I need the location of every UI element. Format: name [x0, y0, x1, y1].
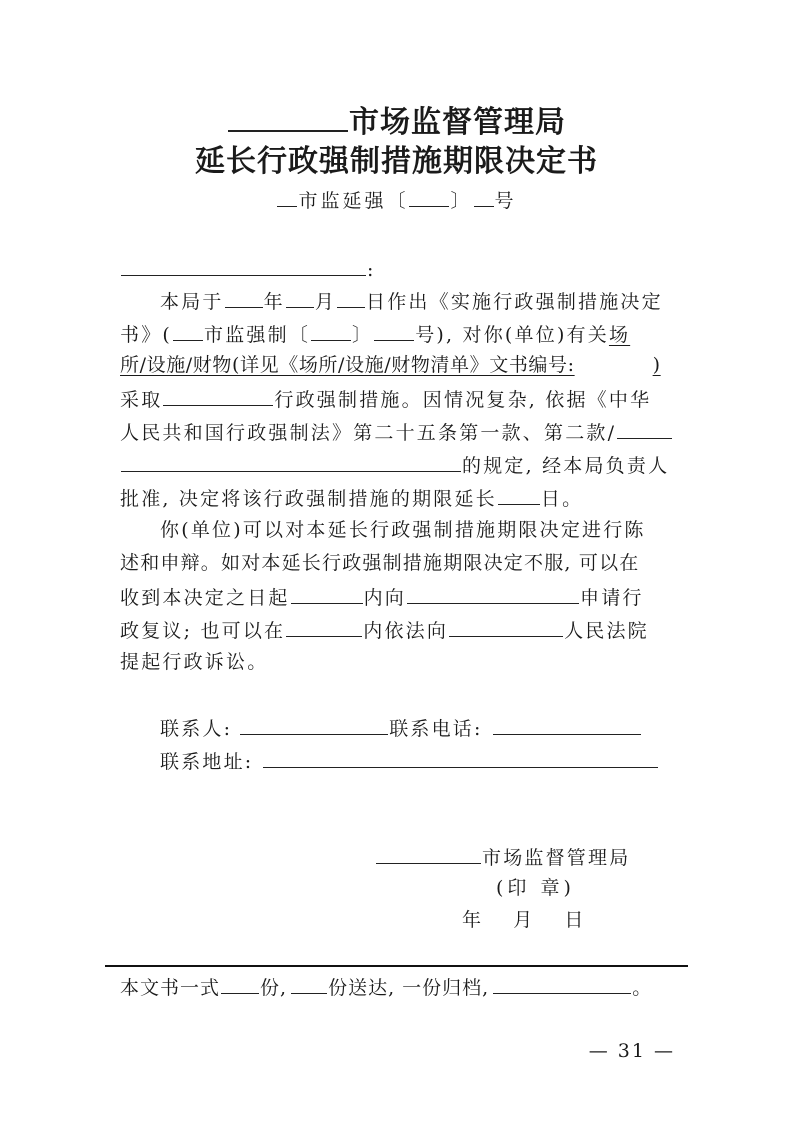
- p1-line3: 所/设施/财物(详见《场所/设施/财物清单》文书编号:): [120, 352, 661, 378]
- issue-day-blank[interactable]: [337, 287, 365, 308]
- court-name-blank[interactable]: [449, 616, 563, 637]
- ref-seq-blank[interactable]: [374, 320, 414, 341]
- ref-prefix-blank[interactable]: [173, 320, 203, 341]
- doc-number: 市监延强〔〕号: [0, 186, 793, 214]
- page-number: — 31 —: [589, 1040, 675, 1062]
- footer-copies-line: 本文书一式份,份送达, 一份归档,。: [120, 973, 652, 1001]
- footer-divider: [105, 965, 688, 967]
- p1-line5: 人民共和国行政强制法》第二十五条第一款、第二款/: [120, 418, 673, 446]
- p2-line4: 政复议; 也可以在内依法向人民法院: [120, 616, 649, 644]
- issue-year-blank[interactable]: [225, 287, 263, 308]
- copies-total-blank[interactable]: [221, 973, 259, 994]
- signature-org-blank[interactable]: [376, 843, 481, 864]
- contact-phone-field[interactable]: [493, 714, 641, 735]
- org-name-blank[interactable]: [228, 100, 348, 132]
- archive-note-blank[interactable]: [493, 973, 631, 994]
- issue-month-blank[interactable]: [286, 287, 314, 308]
- addressee-blank[interactable]: [121, 255, 366, 276]
- p2-line5: 提起行政诉讼。: [120, 649, 268, 675]
- seal-label: (印 章): [496, 875, 575, 901]
- signature-org: 市场监督管理局: [375, 843, 630, 871]
- addressee-line: :: [120, 255, 376, 283]
- org-suffix: 市场监督管理局: [349, 105, 566, 140]
- contact-person-field[interactable]: [240, 714, 388, 735]
- contact-address-field[interactable]: [263, 747, 658, 768]
- p1-line6: 的规定, 经本局负责人: [120, 451, 669, 479]
- p2-line2: 述和申辩。如对本延长行政强制措施期限决定不服, 可以在: [120, 550, 639, 576]
- measure-type-blank[interactable]: [163, 385, 273, 406]
- org-title: 市场监督管理局: [0, 100, 793, 143]
- extension-days-blank[interactable]: [498, 484, 540, 505]
- lawsuit-period-blank[interactable]: [286, 616, 362, 637]
- review-period-blank[interactable]: [291, 583, 363, 604]
- doc-title: 延长行政强制措施期限决定书: [0, 142, 793, 182]
- doc-number-seq-blank[interactable]: [474, 186, 494, 207]
- p2-line1: 你(单位)可以对本延长行政强制措施期限决定进行陈: [160, 517, 646, 543]
- ref-year-blank[interactable]: [311, 320, 351, 341]
- contact-line1: 联系人:联系电话:: [160, 714, 642, 742]
- doc-number-prefix-blank[interactable]: [277, 186, 297, 207]
- p1-line1: 本局于年月日作出《实施行政强制措施决定: [160, 287, 663, 315]
- p1-line2: 书》(市监强制〔〕号), 对你(单位)有关场: [120, 320, 630, 348]
- signature-date: 年月日: [462, 907, 586, 933]
- legal-basis-blank-2[interactable]: [121, 451, 461, 472]
- contact-line2: 联系地址:: [160, 747, 659, 775]
- p2-line3: 收到本决定之日起内向申请行: [120, 583, 644, 611]
- p1-line4: 采取行政强制措施。因情况复杂, 依据《中华: [120, 385, 651, 413]
- doc-number-year-blank[interactable]: [409, 186, 449, 207]
- copies-served-blank[interactable]: [291, 973, 327, 994]
- review-authority-blank[interactable]: [407, 583, 579, 604]
- legal-basis-blank-1[interactable]: [617, 418, 672, 439]
- p1-line7: 批准, 决定将该行政强制措施的期限延长日。: [120, 484, 583, 512]
